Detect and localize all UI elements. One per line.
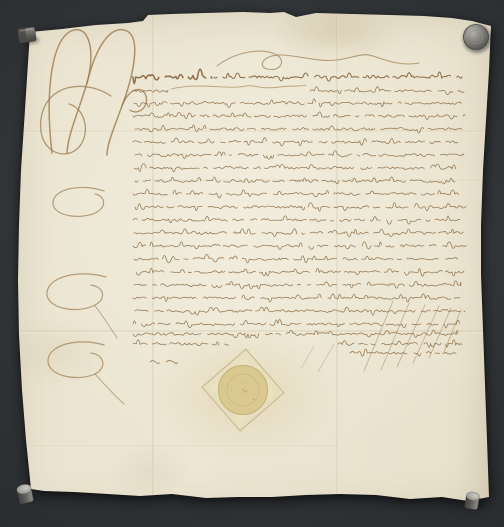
display-script-line — [133, 69, 212, 83]
handwriting-line — [134, 164, 456, 172]
handwriting-line — [135, 203, 466, 212]
handwriting-line — [134, 281, 461, 289]
photograph-scene — [0, 0, 504, 527]
calligraphic-initial-stroke — [87, 30, 135, 155]
margin-loop-tail — [95, 306, 117, 338]
seal-speckle — [243, 389, 244, 390]
handwriting-line — [133, 90, 168, 92]
corner-weights — [16, 25, 491, 510]
pen-tally-stroke — [397, 305, 425, 367]
margin-loop-flourish — [53, 187, 104, 216]
handwriting-line — [133, 294, 460, 302]
pen-tally-stroke — [413, 306, 439, 363]
handwriting-line — [134, 99, 461, 107]
handwriting-line — [134, 254, 458, 263]
handwriting-line — [135, 307, 465, 315]
handwriting-line — [310, 87, 464, 95]
handwriting-line — [133, 216, 460, 225]
pen-tally-stroke — [301, 346, 314, 369]
handwritten-text-block — [133, 69, 466, 363]
calligraphic-flourishes — [41, 30, 461, 404]
margin-loop-tail — [95, 374, 124, 404]
handwriting-line — [136, 268, 464, 276]
ink-layer — [0, 0, 504, 527]
handwriting-line — [135, 151, 464, 159]
handwriting-line — [338, 340, 462, 347]
handwriting-line — [350, 349, 456, 356]
paper-weight-bottom-left — [16, 483, 38, 504]
pen-tally-stroke — [318, 344, 334, 372]
handwriting-line — [134, 229, 463, 237]
handwriting-line — [133, 112, 465, 120]
handwriting-line — [133, 242, 466, 250]
papered-seal — [202, 349, 284, 431]
headline-flourish — [217, 51, 419, 69]
line-brace-flourish — [171, 85, 306, 89]
handwriting-line — [133, 340, 229, 346]
handwriting-line — [133, 320, 460, 329]
margin-loop-flourish — [48, 342, 104, 378]
seal-speckle — [253, 399, 255, 400]
paper-weight-top-right — [463, 25, 491, 54]
paper-weight-top-left — [18, 27, 40, 44]
paper-weight-bottom-right — [464, 491, 486, 510]
handwriting-line — [133, 190, 459, 199]
pen-tally-stroke — [381, 303, 409, 370]
calligraphic-initial-stroke — [122, 89, 147, 112]
margin-loop-flourish — [47, 274, 106, 310]
handwriting-line — [133, 138, 458, 146]
